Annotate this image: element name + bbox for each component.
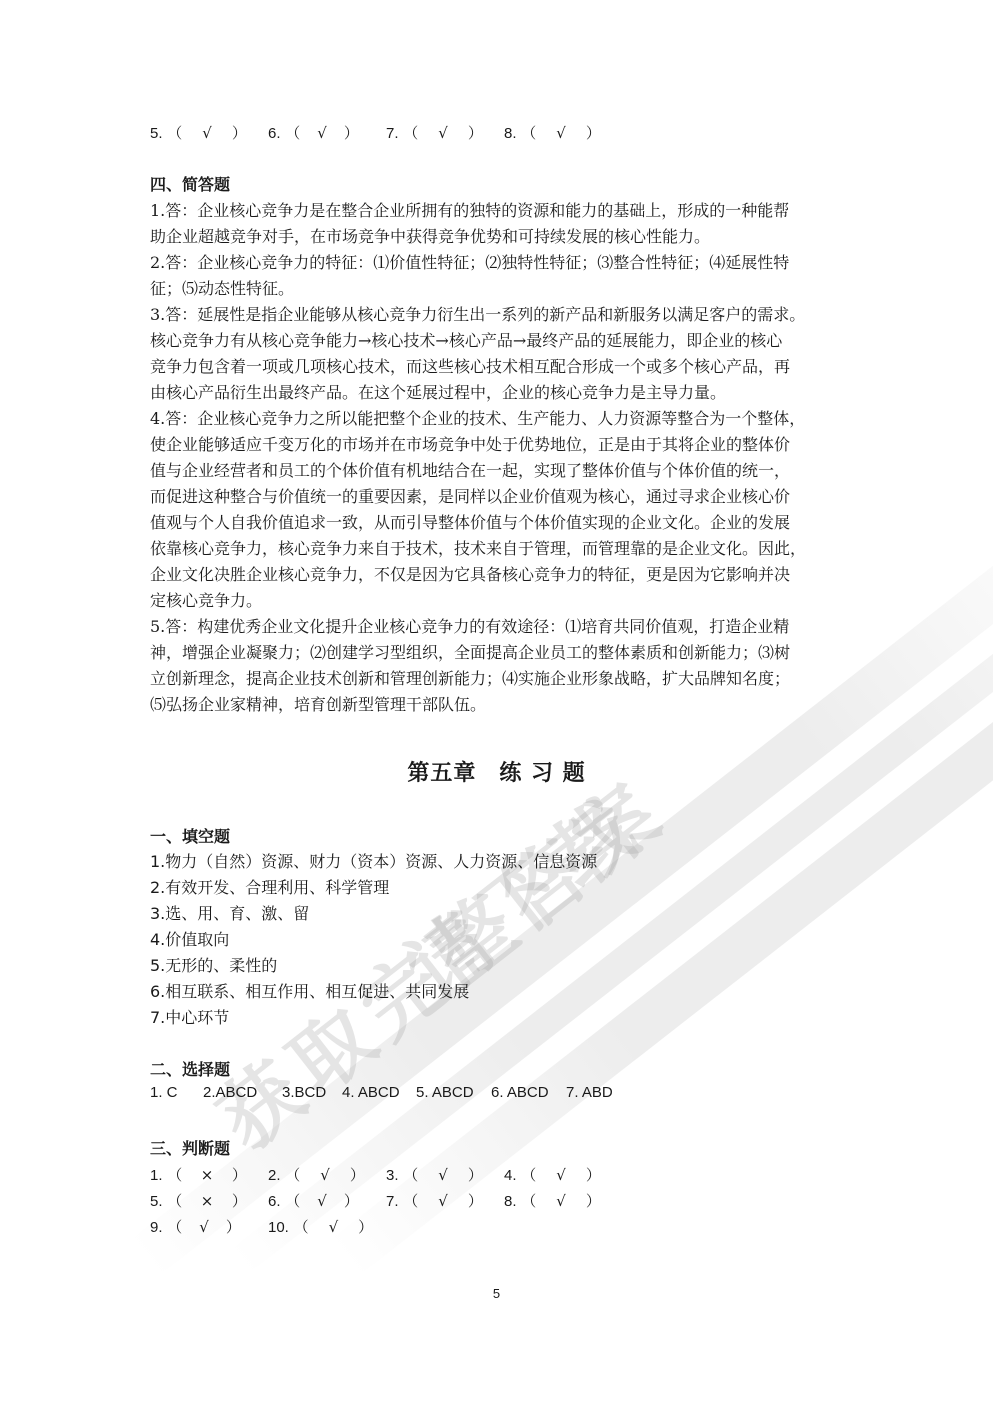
check-mark: √ <box>187 124 227 142</box>
check-mark: √ <box>305 124 339 142</box>
mc-answer: 6. ABCD <box>491 1084 549 1101</box>
mc-answer: 1. C <box>150 1084 178 1101</box>
fill-blank-item: 4.价值取向 <box>150 927 229 953</box>
fill-blank-item: 7.中心环节 <box>150 1005 229 1031</box>
tf-item: 5. （ √ ） <box>150 122 247 143</box>
tf-item: 1. （ × ） <box>150 1164 247 1185</box>
check-mark: √ <box>305 1192 339 1210</box>
fill-blank-item: 2.有效开发、合理利用、科学管理 <box>150 875 389 901</box>
section-heading-multiple-choice: 二、选择题 <box>150 1057 230 1083</box>
tf-item: 9. （ √ ） <box>150 1216 241 1237</box>
check-mark: √ <box>313 1218 353 1236</box>
fill-blank-item: 5.无形的、柔性的 <box>150 953 277 979</box>
mc-answer: 2.ABCD <box>203 1084 257 1101</box>
answer-5: 5.答：构建优秀企业文化提升企业核心竞争力的有效途径：⑴培育共同价值观，打造企业… <box>150 614 846 718</box>
tf-item: 6. （ √ ） <box>268 122 359 143</box>
check-mark: √ <box>423 124 463 142</box>
tf-item: 8. （ √ ） <box>504 1190 601 1211</box>
tf-item: 8. （ √ ） <box>504 122 601 143</box>
tf-item: 2. （ √ ） <box>268 1164 365 1185</box>
answer-3: 3.答：延展性是指企业能够从核心竞争力衍生出一系列的新产品和新服务以满足客户的需… <box>150 302 846 406</box>
section-heading-short-answer: 四、简答题 <box>150 172 230 198</box>
tf-item: 3. （ √ ） <box>386 1164 483 1185</box>
fill-blank-item: 1.物力（自然）资源、财力（资本）资源、人力资源、信息资源 <box>150 849 597 875</box>
tf-item: 5. （ × ） <box>150 1190 247 1211</box>
mc-answer: 4. ABCD <box>342 1084 400 1101</box>
section-heading-fill-blank: 一、填空题 <box>150 824 230 850</box>
fill-blank-item: 3.选、用、育、激、留 <box>150 901 309 927</box>
page-number: 5 <box>0 1286 993 1301</box>
check-mark: √ <box>305 1166 345 1184</box>
check-mark: √ <box>423 1192 463 1210</box>
cross-mark: × <box>187 1166 227 1184</box>
check-mark: √ <box>541 1192 581 1210</box>
tf-item: 7. （ √ ） <box>386 1190 483 1211</box>
chapter-title: 第五章 练 习 题 <box>0 756 993 787</box>
document-page: 获取完整答案 请下载 5. （ √ ） 6. （ √ ） 7. （ √ ） 8.… <box>0 0 993 1404</box>
answer-1: 1.答：企业核心竞争力是在整合企业所拥有的独特的资源和能力的基础上，形成的一种能… <box>150 198 846 250</box>
mc-answer: 5. ABCD <box>416 1084 474 1101</box>
answer-4: 4.答：企业核心竞争力之所以能把整个企业的技术、生产能力、人力资源等整合为一个整… <box>150 406 846 614</box>
mc-answer: 3.BCD <box>282 1084 326 1101</box>
mc-answer: 7. ABD <box>566 1084 613 1101</box>
tf-item: 7. （ √ ） <box>386 122 483 143</box>
check-mark: √ <box>187 1218 221 1236</box>
check-mark: √ <box>423 1166 463 1184</box>
check-mark: √ <box>541 1166 581 1184</box>
section-heading-true-false: 三、判断题 <box>150 1136 230 1162</box>
tf-item: 6. （ √ ） <box>268 1190 359 1211</box>
cross-mark: × <box>187 1192 227 1210</box>
answer-2: 2.答：企业核心竞争力的特征：⑴价值性特征；⑵独特性特征；⑶整合性特征；⑷延展性… <box>150 250 846 302</box>
tf-item: 4. （ √ ） <box>504 1164 601 1185</box>
check-mark: √ <box>541 124 581 142</box>
fill-blank-item: 6.相互联系、相互作用、相互促进、共同发展 <box>150 979 469 1005</box>
tf-item: 10. （ √ ） <box>268 1216 373 1237</box>
